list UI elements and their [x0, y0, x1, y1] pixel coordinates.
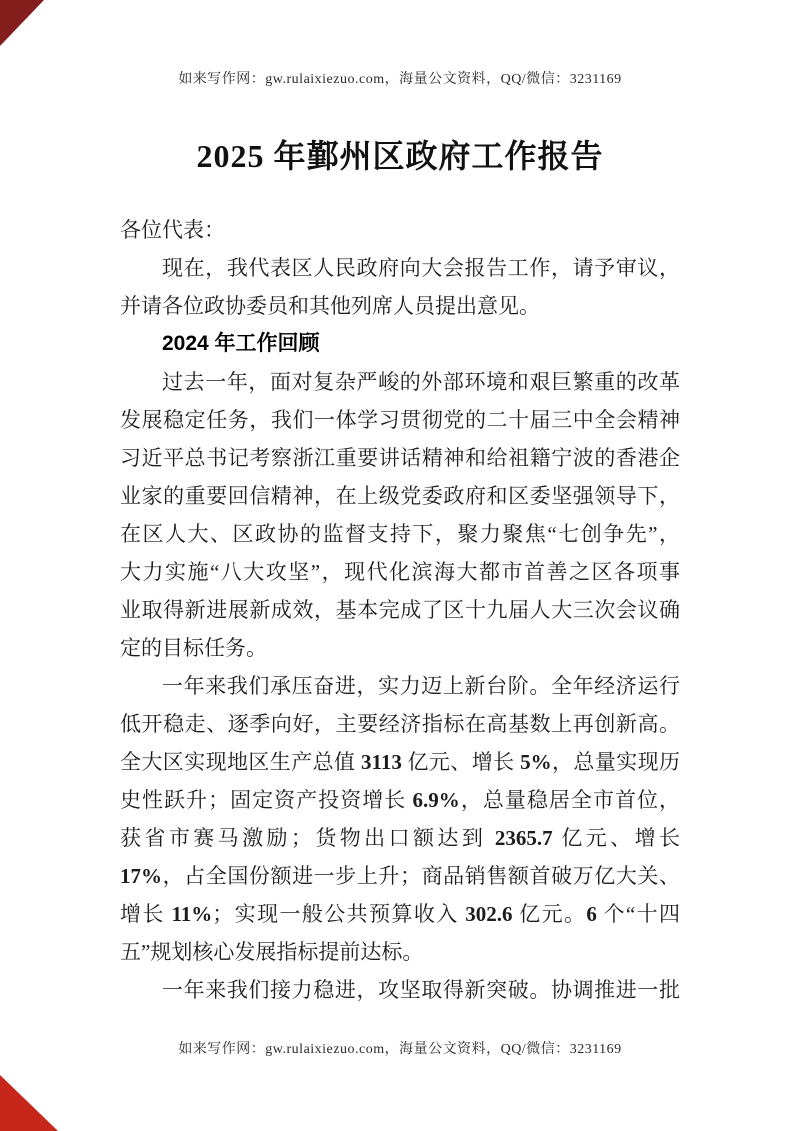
bottom-left-corner-triangle-icon	[0, 1075, 58, 1131]
body-line: 发展稳定任务，我们一体学习贯彻党的二十届三中全会精神	[120, 401, 680, 439]
body-line: 增长 11%；实现一般公共预算收入 302.6 亿元。6 个“十四	[120, 895, 680, 933]
page-title: 2025 年鄞州区政府工作报告	[0, 131, 800, 177]
body-line: 业家的重要回信精神，在上级党委政府和区委坚强领导下，	[120, 477, 680, 515]
footer-watermark: 如来写作网：gw.rulaixiezuo.com，海量公文资料，QQ/微信：32…	[0, 1038, 800, 1058]
body-line: 17%，占全国份额进一步上升；商品销售额首破万亿大关、	[120, 857, 680, 895]
body-line: 低开稳走、逐季向好，主要经济指标在高基数上再创新高。	[120, 705, 680, 743]
body-line: 五”规划核心发展指标提前达标。	[120, 933, 680, 971]
body-line: 各位代表：	[120, 211, 680, 249]
body-line: 一年来我们承压奋进，实力迈上新台阶。全年经济运行	[120, 667, 680, 705]
body-line: 过去一年，面对复杂严峻的外部环境和艰巨繁重的改革	[120, 363, 680, 401]
section-heading: 2024 年工作回顾	[120, 325, 680, 363]
body-line: 在区人大、区政协的监督支持下，聚力聚焦“七创争先”，	[120, 515, 680, 553]
document-page: 如来写作网：gw.rulaixiezuo.com，海量公文资料，QQ/微信：32…	[0, 0, 800, 1131]
body-line: 业取得新进展新成效，基本完成了区十九届人大三次会议确	[120, 591, 680, 629]
header-watermark: 如来写作网：gw.rulaixiezuo.com，海量公文资料，QQ/微信：32…	[0, 68, 800, 88]
body-line: 获省市赛马激励；货物出口额达到 2365.7 亿元、增长	[120, 819, 680, 857]
body-line: 史性跃升；固定资产投资增长 6.9%，总量稳居全市首位，	[120, 781, 680, 819]
body-line: 并请各位政协委员和其他列席人员提出意见。	[120, 287, 680, 325]
document-body: 各位代表： 现在，我代表区人民政府向大会报告工作，请予审议， 并请各位政协委员和…	[120, 211, 680, 1009]
body-line: 大力实施“八大攻坚”，现代化滨海大都市首善之区各项事	[120, 553, 680, 591]
body-line: 现在，我代表区人民政府向大会报告工作，请予审议，	[120, 249, 680, 287]
body-line: 全大区实现地区生产总值 3113 亿元、增长 5%，总量实现历	[120, 743, 680, 781]
body-line: 习近平总书记考察浙江重要讲话精神和给祖籍宁波的香港企	[120, 439, 680, 477]
top-left-corner-triangle-icon	[0, 0, 44, 46]
body-line: 一年来我们接力稳进，攻坚取得新突破。协调推进一批	[120, 971, 680, 1009]
body-line: 定的目标任务。	[120, 629, 680, 667]
